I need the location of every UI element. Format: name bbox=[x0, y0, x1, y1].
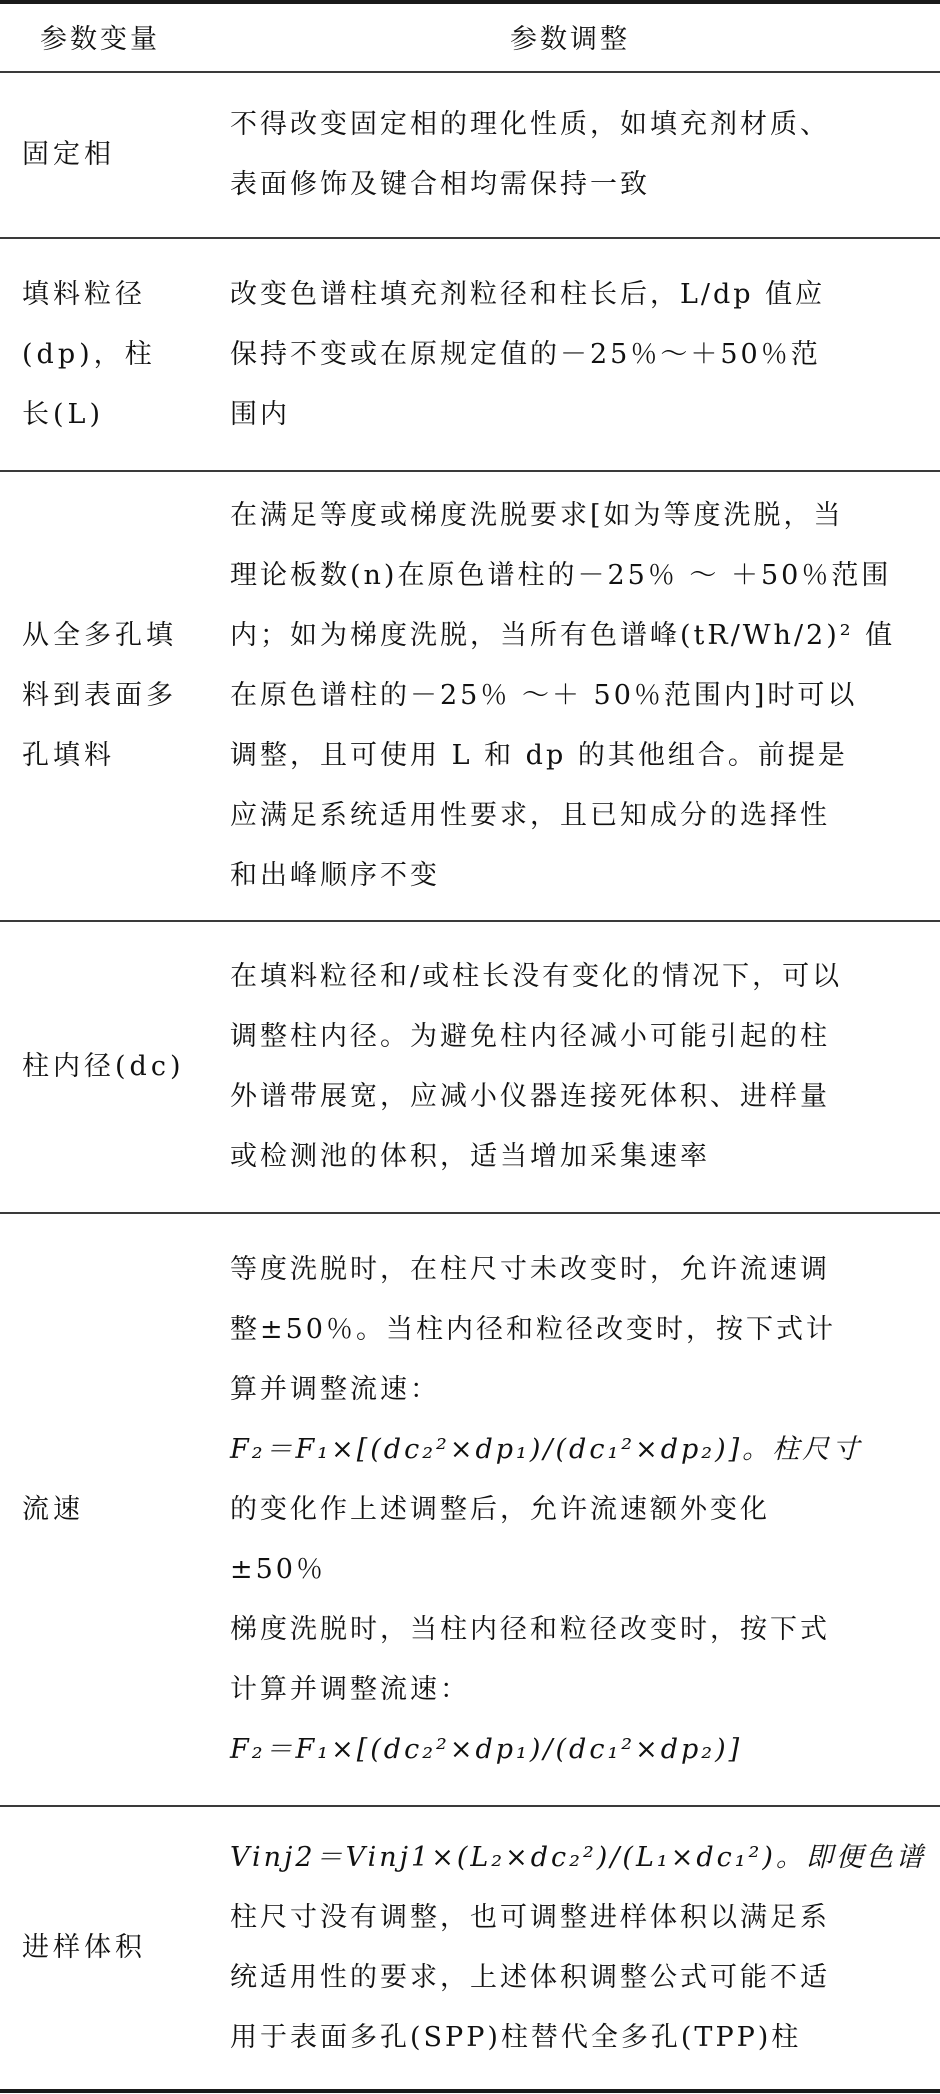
adjustment-cell: Vinj2＝Vinj1×(L₂×dc₂²)/(L₁×dc₁²)。即便色谱 柱尺寸… bbox=[230, 1807, 920, 2088]
adjustment-line: 或检测池的体积，适当增加采集速率 bbox=[230, 1127, 920, 1187]
parameter-cell: 柱内径(dc) bbox=[22, 922, 202, 1212]
parameter-cell: 流速 bbox=[22, 1214, 202, 1805]
adjustment-line: 保持不变或在原规定值的－25％～＋50％范 bbox=[230, 325, 920, 385]
table-row: 进样体积 Vinj2＝Vinj1×(L₂×dc₂²)/(L₁×dc₁²)。即便色… bbox=[0, 1807, 940, 2088]
adjustment-line: 不得改变固定相的理化性质，如填充剂材质、 bbox=[230, 95, 920, 155]
adjustment-line: 在填料粒径和/或柱长没有变化的情况下，可以 bbox=[230, 947, 920, 1007]
adjustment-line: 应满足系统适用性要求，且已知成分的选择性 bbox=[230, 786, 920, 846]
adjustment-line: 外谱带展宽，应减小仪器连接死体积、进样量 bbox=[230, 1067, 920, 1127]
adjustment-line: 用于表面多孔(SPP)柱替代全多孔(TPP)柱 bbox=[230, 2008, 920, 2068]
adjustment-line: 改变色谱柱填充剂粒径和柱长后，L/dp 值应 bbox=[230, 265, 920, 325]
adjustment-line: 的变化作上述调整后，允许流速额外变化 bbox=[230, 1480, 920, 1540]
adjustment-cell: 改变色谱柱填充剂粒径和柱长后，L/dp 值应 保持不变或在原规定值的－25％～＋… bbox=[230, 239, 920, 470]
adjustment-line: ±50％ bbox=[230, 1540, 920, 1600]
table-row: 填料粒径 (dp)，柱 长(L) 改变色谱柱填充剂粒径和柱长后，L/dp 值应 … bbox=[0, 239, 940, 470]
adjustment-line: 算并调整流速： bbox=[230, 1360, 920, 1420]
flow-rate-formula: F₂＝F₁×[(dc₂²×dp₁)/(dc₁²×dp₂)] bbox=[230, 1720, 920, 1780]
adjustment-line: 等度洗脱时，在柱尺寸未改变时，允许流速调 bbox=[230, 1240, 920, 1300]
adjustment-cell: 不得改变固定相的理化性质，如填充剂材质、 表面修饰及键合相均需保持一致 bbox=[230, 73, 920, 237]
parameter-text: 柱内径(dc) bbox=[22, 1037, 202, 1097]
parameter-cell: 从全多孔填 料到表面多 孔填料 bbox=[22, 472, 202, 920]
flow-rate-formula: F₂＝F₁×[(dc₂²×dp₁)/(dc₁²×dp₂)]。柱尺寸 bbox=[230, 1420, 920, 1480]
parameter-text: 料到表面多 bbox=[22, 666, 202, 726]
injection-volume-formula: Vinj2＝Vinj1×(L₂×dc₂²)/(L₁×dc₁²)。即便色谱 bbox=[230, 1828, 920, 1888]
adjustment-line: 梯度洗脱时，当柱内径和粒径改变时，按下式 bbox=[230, 1600, 920, 1660]
adjustment-cell: 在满足等度或梯度洗脱要求[如为等度洗脱，当 理论板数(n)在原色谱柱的－25％ … bbox=[230, 472, 920, 920]
adjustment-line: 整±50％。当柱内径和粒径改变时，按下式计 bbox=[230, 1300, 920, 1360]
table-row: 固定相 不得改变固定相的理化性质，如填充剂材质、 表面修饰及键合相均需保持一致 bbox=[0, 73, 940, 237]
header-adjustment: 参数调整 bbox=[510, 4, 630, 76]
adjustment-line: 围内 bbox=[230, 385, 920, 445]
adjustment-line: 柱尺寸没有调整，也可调整进样体积以满足系 bbox=[230, 1888, 920, 1948]
adjustment-line: 统适用性的要求，上述体积调整公式可能不适 bbox=[230, 1948, 920, 2008]
header-parameter: 参数变量 bbox=[40, 4, 160, 76]
adjustment-line: 调整柱内径。为避免柱内径减小可能引起的柱 bbox=[230, 1007, 920, 1067]
parameter-cell: 进样体积 bbox=[22, 1807, 202, 2088]
parameter-cell: 填料粒径 (dp)，柱 长(L) bbox=[22, 239, 202, 470]
table-header-row: 参数变量 参数调整 bbox=[0, 4, 940, 72]
parameter-cell: 固定相 bbox=[22, 73, 202, 237]
adjustment-line: 和出峰顺序不变 bbox=[230, 846, 920, 906]
parameter-text: 孔填料 bbox=[22, 726, 202, 786]
parameter-text: 固定相 bbox=[22, 125, 202, 185]
adjustment-line: 表面修饰及键合相均需保持一致 bbox=[230, 155, 920, 215]
adjustment-cell: 等度洗脱时，在柱尺寸未改变时，允许流速调 整±50％。当柱内径和粒径改变时，按下… bbox=[230, 1214, 920, 1805]
parameter-text: 从全多孔填 bbox=[22, 606, 202, 666]
adjustment-line: 内；如为梯度洗脱，当所有色谱峰(tR/Wh/2)² 值 bbox=[230, 606, 920, 666]
parameter-text: (dp)，柱 bbox=[22, 325, 202, 385]
adjustment-cell: 在填料粒径和/或柱长没有变化的情况下，可以 调整柱内径。为避免柱内径减小可能引起… bbox=[230, 922, 920, 1212]
parameter-text: 填料粒径 bbox=[22, 265, 202, 325]
adjustment-line: 计算并调整流速： bbox=[230, 1660, 920, 1720]
adjustment-line: 在满足等度或梯度洗脱要求[如为等度洗脱，当 bbox=[230, 486, 920, 546]
parameter-text: 流速 bbox=[22, 1480, 202, 1540]
parameter-text: 长(L) bbox=[22, 385, 202, 445]
adjustment-line: 理论板数(n)在原色谱柱的－25％ ～ ＋50％范围 bbox=[230, 546, 920, 606]
adjustment-line: 在原色谱柱的－25％ ～＋ 50％范围内]时可以 bbox=[230, 666, 920, 726]
table-row: 柱内径(dc) 在填料粒径和/或柱长没有变化的情况下，可以 调整柱内径。为避免柱… bbox=[0, 922, 940, 1212]
table-row: 从全多孔填 料到表面多 孔填料 在满足等度或梯度洗脱要求[如为等度洗脱，当 理论… bbox=[0, 472, 940, 920]
table-bottom-rule bbox=[0, 2089, 940, 2093]
adjustment-line: 调整，且可使用 L 和 dp 的其他组合。前提是 bbox=[230, 726, 920, 786]
table-row: 流速 等度洗脱时，在柱尺寸未改变时，允许流速调 整±50％。当柱内径和粒径改变时… bbox=[0, 1214, 940, 1805]
parameter-text: 进样体积 bbox=[22, 1918, 202, 1978]
